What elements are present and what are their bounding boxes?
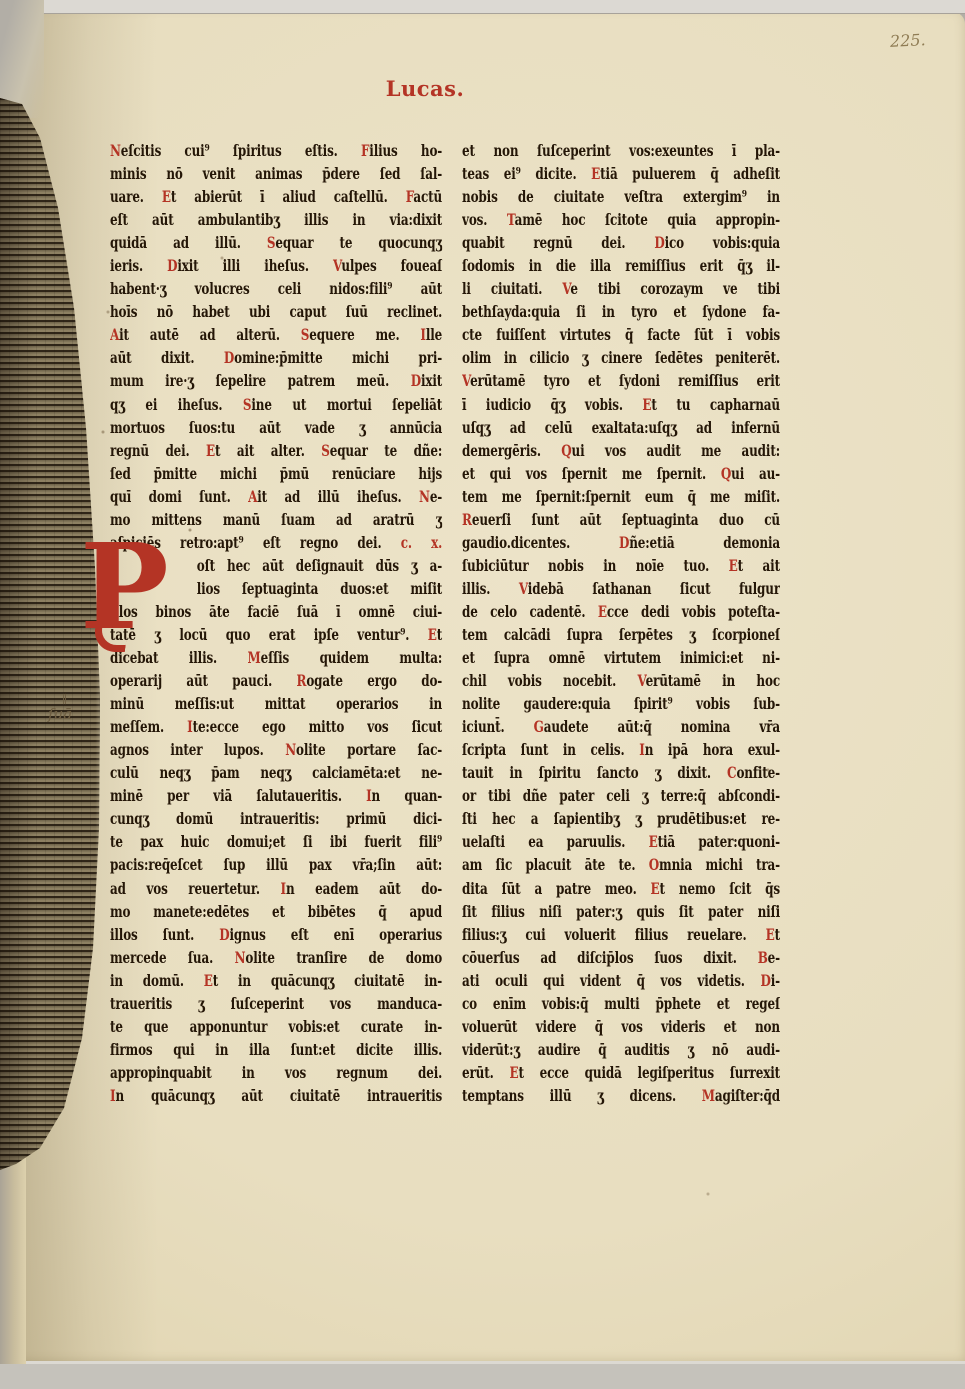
- text-line: ſed p̄mitte michi p̄mū renūciare hijs: [110, 462, 442, 485]
- rubricated-text: I: [110, 1086, 115, 1105]
- text-line: mo manete:edētes et bibētes q̄ apud: [110, 900, 442, 923]
- text-line: te que apponuntur vobis:et curate in-: [110, 1015, 442, 1038]
- text-line: nobis de ciuitate veſtra extergim⁹ in: [462, 185, 780, 208]
- text-line: viderūt:ʒ audire q̄ auditis ʒ nō audi-: [462, 1038, 780, 1061]
- rubricated-text: E: [729, 556, 738, 575]
- rubricated-text: S: [243, 395, 251, 414]
- text-line: or tibi dñe pater celi ʒ terre:q̄ abſcon…: [462, 784, 780, 807]
- rubricated-text: I: [639, 740, 644, 759]
- text-line: am ſic placuit āte te. Omnia michi tra-: [462, 853, 780, 876]
- text-line: in domū. Et in quācunqʒ ciuitatē in-: [110, 969, 442, 992]
- text-line: In quācunqʒ aūt ciuitatē intraueritis: [110, 1084, 442, 1107]
- rubricated-text: Q: [721, 464, 731, 483]
- text-line: aūt dixit. Domine:p̄mitte michi pri-: [110, 346, 442, 369]
- text-line: regnū dei. Et ait alter. Sequar te dñe:: [110, 439, 442, 462]
- text-line: nolite gaudere:quia ſpirit⁹ vobis ſub-: [462, 692, 780, 715]
- text-line: ī iudicio q̄ʒ vobis. Et tu capharnaū: [462, 393, 780, 416]
- rubricated-text: E: [162, 187, 171, 206]
- text-line: ſodomis in die illa remiſſius erit q̄ʒ i…: [462, 254, 780, 277]
- rubricated-text: M: [702, 1086, 715, 1105]
- text-line: ſcripta ſunt in celis. In ipā hora exul-: [462, 738, 780, 761]
- running-title: Lucas.: [384, 76, 466, 101]
- text-line: uelaſti ea paruulis. Etiā pater:quoni-: [462, 830, 780, 853]
- rubricated-text: E: [509, 1063, 518, 1082]
- text-line: ſti hec a ſapientibʒ ʒ prudētibus:et re-: [462, 807, 780, 830]
- text-line: eſt aūt ambulantibʒ illis in via:dixit: [110, 208, 442, 231]
- book-scan: Lucas. 225. ∥ ſuā Neſcitis cui⁹ ſpiritus…: [0, 0, 965, 1389]
- rubricated-text: N: [419, 487, 430, 506]
- rubricated-text: E: [651, 879, 660, 898]
- text-line: tauit in ſpiritu ſancto ʒ dixit. Confite…: [462, 761, 780, 784]
- text-line: filius:ʒ cui voluerit filius reuelare. E…: [462, 923, 780, 946]
- text-line: temptans illū ʒ dicens. Magiſter:q̄d: [462, 1084, 780, 1107]
- text-line: olim in cilicio ʒ cinere ſedētes peniter…: [462, 346, 780, 369]
- text-line: quabit regnū dei. Dico vobis:quia: [462, 231, 780, 254]
- text-line: dita ſūt a patre meo. Et nemo ſcit q̄s: [462, 877, 780, 900]
- text-line: tem calcādi ſupra ſerpētes ʒ ſcorpioneſ: [462, 623, 780, 646]
- text-line: te pax huic domui;et ſi ibi fuerit fili⁹: [110, 830, 442, 853]
- text-line: mercede ſua. Nolite tranſire de domo: [110, 946, 442, 969]
- rubricated-text: M: [248, 648, 261, 667]
- text-line: cunqʒ domū intraueritis: primū dici-: [110, 807, 442, 830]
- rubricated-text: T: [507, 210, 515, 229]
- text-line: teas ei⁹ dicite. Etiā puluerem q̄ adheſi…: [462, 162, 780, 185]
- text-line: Reuerſi ſunt aūt ſeptuaginta duo cū: [462, 508, 780, 531]
- text-line: et qui vos ſpernit me ſpernit. Qui au-: [462, 462, 780, 485]
- rubricated-text: V: [562, 279, 570, 298]
- rubricated-text: B: [758, 948, 768, 967]
- text-line: firmos qui in illa ſunt:et dicite illis.: [110, 1038, 442, 1061]
- text-line: operarij aūt pauci. Rogate ergo do-: [110, 669, 442, 692]
- text-line: vos. Tamē hoc ſcitote quia appropin-: [462, 208, 780, 231]
- text-line: uare. Et abierūt ī aliud caſtellū. Factū: [110, 185, 442, 208]
- rubricated-text: c. x.: [401, 533, 442, 552]
- text-line: qʒ ei iheſus. Sine ut mortui ſepeliāt: [110, 393, 442, 416]
- text-line: et ſupra omnē virtutem inimici:et ni-: [462, 646, 780, 669]
- text-line: meſſem. Ite:ecce ego mitto vos ſicut: [110, 715, 442, 738]
- rubricated-text: F: [361, 141, 369, 160]
- rubricated-text: I: [187, 717, 192, 736]
- text-line: culū neqʒ p̄am neqʒ calciamēta:et ne-: [110, 761, 442, 784]
- rubricated-text: E: [642, 395, 651, 414]
- rubricated-text: A: [110, 325, 119, 344]
- rubricated-text: D: [411, 371, 421, 390]
- text-line: erūt. Et ecce quidā legiſperitus ſurrexi…: [462, 1061, 780, 1084]
- text-line: Ait autē ad alterū. Sequere me. Ille: [110, 323, 442, 346]
- text-column-right: et non ſuſceperint vos:exeuntes ī pla-te…: [462, 139, 780, 1107]
- text-line: voluerūt videre q̄ vos videris et non: [462, 1015, 780, 1038]
- rubricated-text: O: [649, 855, 659, 874]
- rubricated-text: V: [638, 671, 646, 690]
- text-line: gaudio.dicentes. Dñe:etiā demonia: [462, 531, 780, 554]
- rubricated-text: D: [619, 533, 629, 552]
- text-line: habent·ʒ volucres celi nidos:fili⁹ aūt: [110, 277, 442, 300]
- text-line: mum ire·ʒ ſepelire patrem meū. Dixit: [110, 369, 442, 392]
- rubricated-text: I: [366, 786, 371, 805]
- text-line: cte fuiſſent virtutes q̄ facte ſūt ī vob…: [462, 323, 780, 346]
- text-line: ati oculi qui vident q̄ vos videtis. Di-: [462, 969, 780, 992]
- marginal-word: ſuā: [48, 707, 92, 722]
- text-line: demergēris. Qui vos audit me audit:: [462, 439, 780, 462]
- rubricated-text: E: [598, 602, 607, 621]
- text-line: tem me ſpernit:ſpernit eum q̄ me miſit.: [462, 485, 780, 508]
- rubricated-text: E: [766, 925, 775, 944]
- rubricated-text: R: [462, 510, 472, 529]
- folio-number: 225.: [890, 30, 927, 51]
- text-line: Neſcitis cui⁹ ſpiritus eſtis. Filius ho-: [110, 139, 442, 162]
- text-line: illos ſunt. Dignus eſt enī operarius: [110, 923, 442, 946]
- rubricated-text: A: [248, 487, 257, 506]
- text-line: li ciuitati. Ve tibi corozaym ve tibi: [462, 277, 780, 300]
- page-edge-band: [0, 1150, 26, 1364]
- text-line: Verūtamē tyro et ſydoni remiſſius erit: [462, 369, 780, 392]
- scan-background-bottom: [0, 1361, 965, 1389]
- rubricated-text: S: [301, 325, 309, 344]
- rubricated-text: D: [760, 971, 770, 990]
- text-line: quidā ad illū. Sequar te quocunqʒ: [110, 231, 442, 254]
- text-line: minis nō venit animas p̄dere ſed ſal-: [110, 162, 442, 185]
- text-line: agnos inter lupos. Nolite portare ſac-: [110, 738, 442, 761]
- text-line: uſqʒ ad celū exaltata:uſqʒ ad infernū: [462, 416, 780, 439]
- text-line: minē per viā ſalutaueritis. In quan-: [110, 784, 442, 807]
- rubricated-text: Q: [561, 441, 571, 460]
- rubricated-text: V: [333, 256, 341, 275]
- rubricated-text: E: [204, 971, 213, 990]
- rubricated-text: N: [235, 948, 246, 967]
- rubricated-text: E: [428, 625, 437, 644]
- rubricated-text: N: [285, 740, 296, 759]
- rubricated-text: I: [281, 879, 286, 898]
- rubricated-text: G: [534, 717, 544, 736]
- rubricated-text: E: [649, 832, 658, 851]
- text-line: illis. Videbā ſathanan ſicut fulgur: [462, 577, 780, 600]
- text-line: minū meſſis:ut mittat operarios in: [110, 692, 442, 715]
- rubricated-text: V: [462, 371, 470, 390]
- text-line: chil vobis nocebit. Verūtamē in hoc: [462, 669, 780, 692]
- text-line: ad vos reuertetur. In eadem aūt do-: [110, 877, 442, 900]
- rubricated-text: C: [727, 763, 736, 782]
- text-line: ſubiciūtur nobis in noīe tuo. Et ait: [462, 554, 780, 577]
- rubricated-text: I: [420, 325, 425, 344]
- rubricated-text: S: [267, 233, 275, 252]
- rubricated-text: E: [206, 441, 215, 460]
- chapter-initial-p: P: [86, 544, 182, 636]
- text-line: de celo cadentē. Ecce dedi vobis poteſta…: [462, 600, 780, 623]
- rubricated-text: S: [321, 441, 329, 460]
- rubricated-text: R: [297, 671, 307, 690]
- rubricated-text: N: [110, 141, 121, 160]
- text-line: traueritis ʒ ſuſceperint vos manduca-: [110, 992, 442, 1015]
- rubricated-text: F: [406, 187, 414, 206]
- rubricated-text: D: [224, 348, 234, 367]
- rubricated-text: D: [167, 256, 177, 275]
- text-line: bethſayda:quia ſi in tyro et ſydone fa-: [462, 300, 780, 323]
- text-line: iciunt̄. Gaudete aūt:q̄ nomina vr̄a: [462, 715, 780, 738]
- text-line: mortuos ſuos:tu aūt vade ʒ annūcia: [110, 416, 442, 439]
- text-line: quī domi ſunt. Ait ad illū iheſus. Ne-: [110, 485, 442, 508]
- text-line: pacis:req̄eſcet ſup illū pax vr̄a;ſin aū…: [110, 853, 442, 876]
- text-line: ieris. Dixit illi iheſus. Vulpes foueaſ: [110, 254, 442, 277]
- text-line: hoīs nō habet ubi caput ſuū reclinet.: [110, 300, 442, 323]
- marginal-insertion-mark: ∥: [62, 694, 92, 705]
- scan-background-top: [0, 0, 965, 14]
- rubricated-text: D: [219, 925, 229, 944]
- rubricated-text: E: [591, 164, 600, 183]
- text-line: ſit filius niſi pater:ʒ quis ſit pater n…: [462, 900, 780, 923]
- text-line: co enīm vobis:q̄ multi p̄phete et regeſ: [462, 992, 780, 1015]
- text-line: et non ſuſceperint vos:exeuntes ī pla-: [462, 139, 780, 162]
- marginal-note: ∥ ſuā: [48, 694, 92, 722]
- text-line: appropinquabit in vos regnum dei.: [110, 1061, 442, 1084]
- rubricated-text: V: [519, 579, 528, 598]
- text-line: cōuerſus ad diſcip̄los ſuos dixit. Be-: [462, 946, 780, 969]
- rubricated-text: D: [654, 233, 664, 252]
